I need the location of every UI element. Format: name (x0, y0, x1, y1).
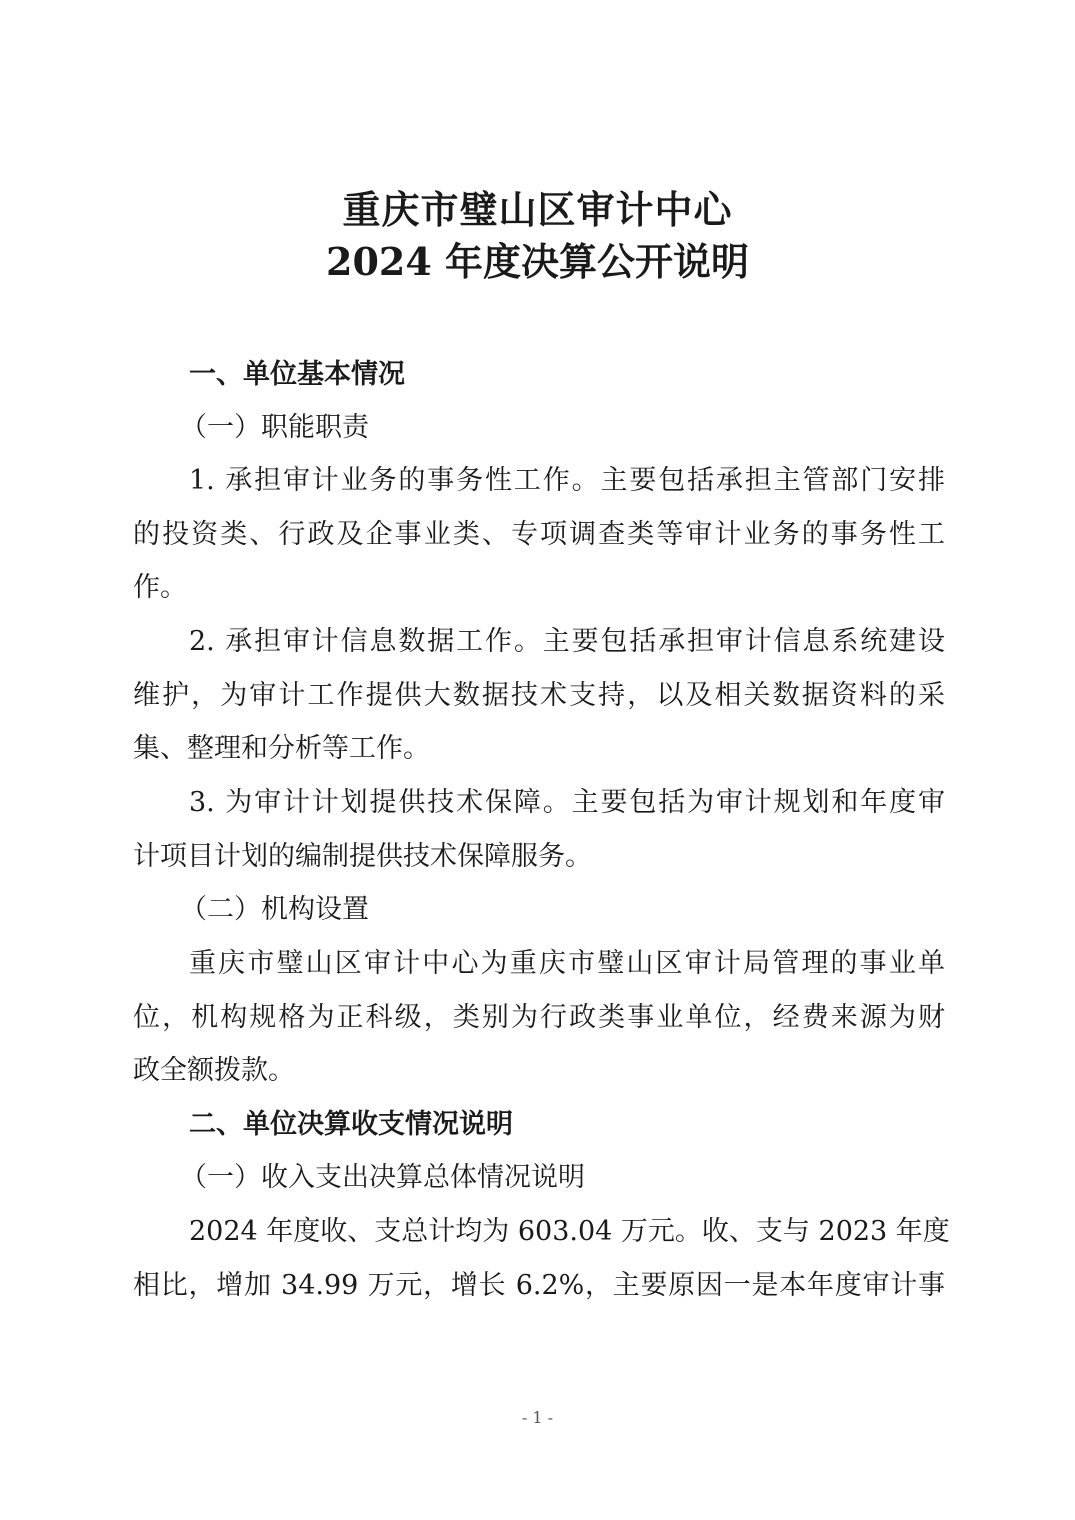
paragraph-line: 2. 承担审计信息数据工作。主要包括承担审计信息系统建设 (189, 622, 945, 662)
section-heading-1: 一、单位基本情况 (189, 355, 405, 395)
paragraph-line: 计项目计划的编制提供技术保障服务。 (133, 837, 945, 877)
title-text-2: 2024 年度决算公开说明 (326, 239, 749, 284)
subsection-heading-overview: （一）收入支出决算总体情况说明 (180, 1158, 585, 1198)
paragraph-line: 维护，为审计工作提供大数据技术支持，以及相关数据资料的采 (133, 676, 945, 716)
paragraph-line: 位，机构规格为正科级，类别为行政类事业单位，经费来源为财 (133, 998, 945, 1038)
section-heading-2: 二、单位决算收支情况说明 (189, 1105, 513, 1145)
paragraph-line: 重庆市璧山区审计中心为重庆市璧山区审计局管理的事业单 (189, 944, 945, 984)
paragraph-line: 1. 承担审计业务的事务性工作。主要包括承担主管部门安排 (189, 461, 945, 501)
paragraph-line: 3. 为审计计划提供技术保障。主要包括为审计规划和年度审 (189, 783, 945, 823)
subsection-heading-organization: （二）机构设置 (180, 890, 369, 930)
paragraph-line: 集、整理和分析等工作。 (133, 729, 945, 769)
title-text-1: 重庆市璧山区审计中心 (342, 187, 732, 232)
paragraph-line: 的投资类、行政及企事业类、专项调查类等审计业务的事务性工 (133, 515, 945, 555)
paragraph-line: 相比，增加 34.99 万元，增长 6.2%，主要原因一是本年度审计事 (133, 1266, 945, 1306)
document-title-line2: 2024 年度决算公开说明 (0, 236, 1075, 288)
paragraph-line: 2024 年度收、支总计均为 603.04 万元。收、支与 2023 年度 (189, 1212, 945, 1252)
document-title-line1: 重庆市璧山区审计中心 (0, 184, 1075, 236)
paragraph-line: 作。 (133, 568, 945, 608)
paragraph-line: 政全额拨款。 (133, 1051, 945, 1091)
subsection-heading-functions: （一）职能职责 (180, 408, 369, 448)
page-number: - 1 - (0, 1408, 1075, 1427)
